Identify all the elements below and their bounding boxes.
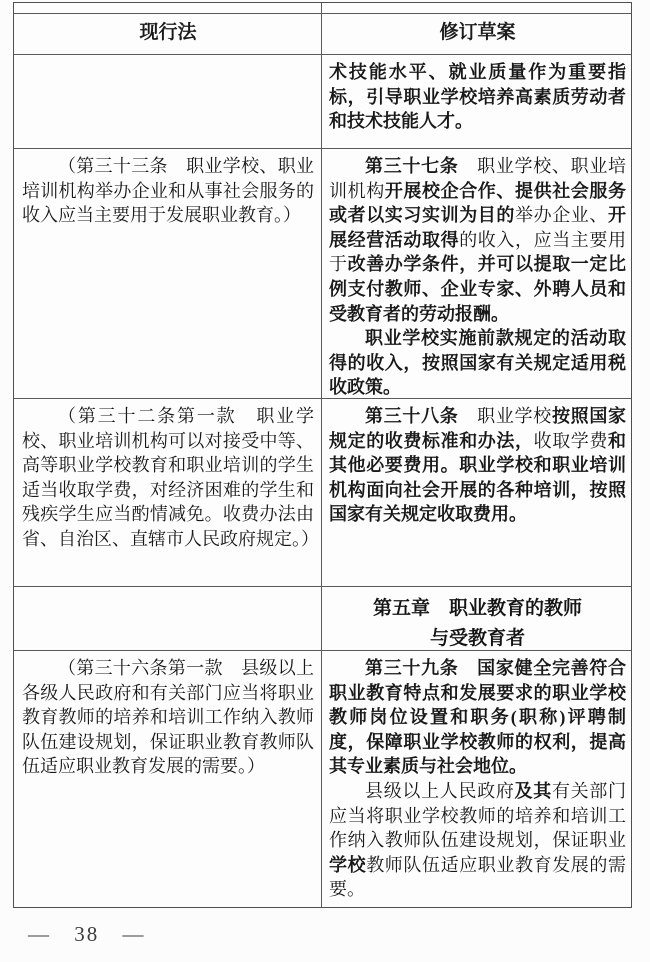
paragraph: 第三十七条 职业学校、职业培训机构开展校企合作、提供社会服务或者以实习实训为目的… xyxy=(329,154,626,326)
revised-draft-cell: 第三十八条 职业学校按照国家规定的收费标准和办法，收取学费和其他必要费用。职业学… xyxy=(322,399,631,586)
document-page: 现行法 修订草案 术技能水平、就业质量作为重要指标，引导职业学校培养高素质劳动者… xyxy=(0,0,650,962)
text-segment: 学校 xyxy=(329,855,366,875)
text-segment: 县级以上人民政府 xyxy=(365,781,515,801)
text-segment: 职业学校 xyxy=(458,406,551,426)
current-law-cell xyxy=(14,587,322,650)
cropped-row-sliver xyxy=(14,3,631,13)
row-chapter-5: 第五章 职业教育的教师与受教育者 xyxy=(14,586,631,650)
text-segment: 改善办学条件，并可以提取一定比例支付教师、企业专家、外聘人员和受教育者的劳动报酬… xyxy=(329,254,626,323)
column-header-current-law: 现行法 xyxy=(14,14,322,54)
text-segment: （第三十六条第一款 县级以上各级人民政府和有关部门应当将职业教育教师的培养和培训… xyxy=(22,658,314,776)
text-segment: 及其 xyxy=(515,781,552,801)
paragraph: 第三十八条 职业学校按照国家规定的收费标准和办法，收取学费和其他必要费用。职业学… xyxy=(329,404,626,527)
text-segment: 收取学费 xyxy=(534,431,608,451)
column-header-revised-draft: 修订草案 xyxy=(322,14,631,54)
paragraph: （第三十六条第一款 县级以上各级人民政府和有关部门应当将职业教育教师的培养和培训… xyxy=(22,656,314,779)
comparison-table: 现行法 修订草案 术技能水平、就业质量作为重要指标，引导职业学校培养高素质劳动者… xyxy=(13,2,632,908)
paragraph: 职业学校实施前款规定的活动取得的收入，按照国家有关规定适用税收政策。 xyxy=(329,326,626,398)
text-segment: 第三十七条 xyxy=(365,156,458,176)
chapter-heading-line: 第五章 职业教育的教师 xyxy=(329,592,626,622)
row-continuation: 术技能水平、就业质量作为重要指标，引导职业学校培养高素质劳动者和技术技能人才。 xyxy=(14,54,631,148)
chapter-heading-line: 与受教育者 xyxy=(329,622,626,650)
text-segment: 举办企业、 xyxy=(515,205,608,225)
table-header-row: 现行法 修订草案 xyxy=(14,13,631,54)
text-segment: （第三十二条第一款 职业学校、职业培训机构可以对接受中等、高等职业学校教育和职业… xyxy=(22,406,319,549)
text-segment xyxy=(458,658,477,678)
paragraph: 第三十九条 国家健全完善符合职业教育特点和发展要求的职业学校教师岗位设置和职务(… xyxy=(329,656,626,779)
page-number: — 38 — xyxy=(28,922,146,946)
paragraph: （第三十二条第一款 职业学校、职业培训机构可以对接受中等、高等职业学校教育和职业… xyxy=(22,404,314,552)
row-article-37: （第三十三条 职业学校、职业培训机构举办企业和从事社会服务的收入应当主要用于发展… xyxy=(14,148,631,398)
revised-draft-cell xyxy=(322,3,631,13)
current-law-cell: （第三十三条 职业学校、职业培训机构举办企业和从事社会服务的收入应当主要用于发展… xyxy=(14,149,322,398)
current-law-cell: （第三十二条第一款 职业学校、职业培训机构可以对接受中等、高等职业学校教育和职业… xyxy=(14,399,322,586)
current-law-cell xyxy=(14,3,322,13)
revised-draft-cell: 第三十九条 国家健全完善符合职业教育特点和发展要求的职业学校教师岗位设置和职务(… xyxy=(322,651,631,907)
revised-draft-cell: 第三十七条 职业学校、职业培训机构开展校企合作、提供社会服务或者以实习实训为目的… xyxy=(322,149,631,398)
paragraph: 术技能水平、就业质量作为重要指标，引导职业学校培养高素质劳动者和技术技能人才。 xyxy=(329,60,626,134)
text-segment: 职业学校实施前款规定的活动取得的收入，按照国家有关规定适用税收政策。 xyxy=(329,328,626,397)
text-segment: 教师队伍适应职业教育发展的需要。 xyxy=(329,855,626,900)
row-article-38: （第三十二条第一款 职业学校、职业培训机构可以对接受中等、高等职业学校教育和职业… xyxy=(14,398,631,586)
text-segment: 第三十八条 xyxy=(365,406,458,426)
revised-draft-cell: 第五章 职业教育的教师与受教育者 xyxy=(322,587,631,650)
text-segment: 第三十九条 xyxy=(365,658,458,678)
row-article-39: （第三十六条第一款 县级以上各级人民政府和有关部门应当将职业教育教师的培养和培训… xyxy=(14,650,631,907)
current-law-cell: （第三十六条第一款 县级以上各级人民政府和有关部门应当将职业教育教师的培养和培训… xyxy=(14,651,322,907)
text-segment: （第三十三条 职业学校、职业培训机构举办企业和从事社会服务的收入应当主要用于发展… xyxy=(22,156,314,225)
paragraph: （第三十三条 职业学校、职业培训机构举办企业和从事社会服务的收入应当主要用于发展… xyxy=(22,154,314,228)
revised-draft-cell: 术技能水平、就业质量作为重要指标，引导职业学校培养高素质劳动者和技术技能人才。 xyxy=(322,55,631,148)
paragraph: 县级以上人民政府及其有关部门应当将职业学校教师的培养和培训工作纳入教师队伍建设规… xyxy=(329,779,626,902)
page-footer: — 38 — xyxy=(28,922,146,947)
current-law-cell xyxy=(14,55,322,148)
text-segment: 术技能水平、就业质量作为重要指标，引导职业学校培养高素质劳动者和技术技能人才。 xyxy=(329,62,626,131)
